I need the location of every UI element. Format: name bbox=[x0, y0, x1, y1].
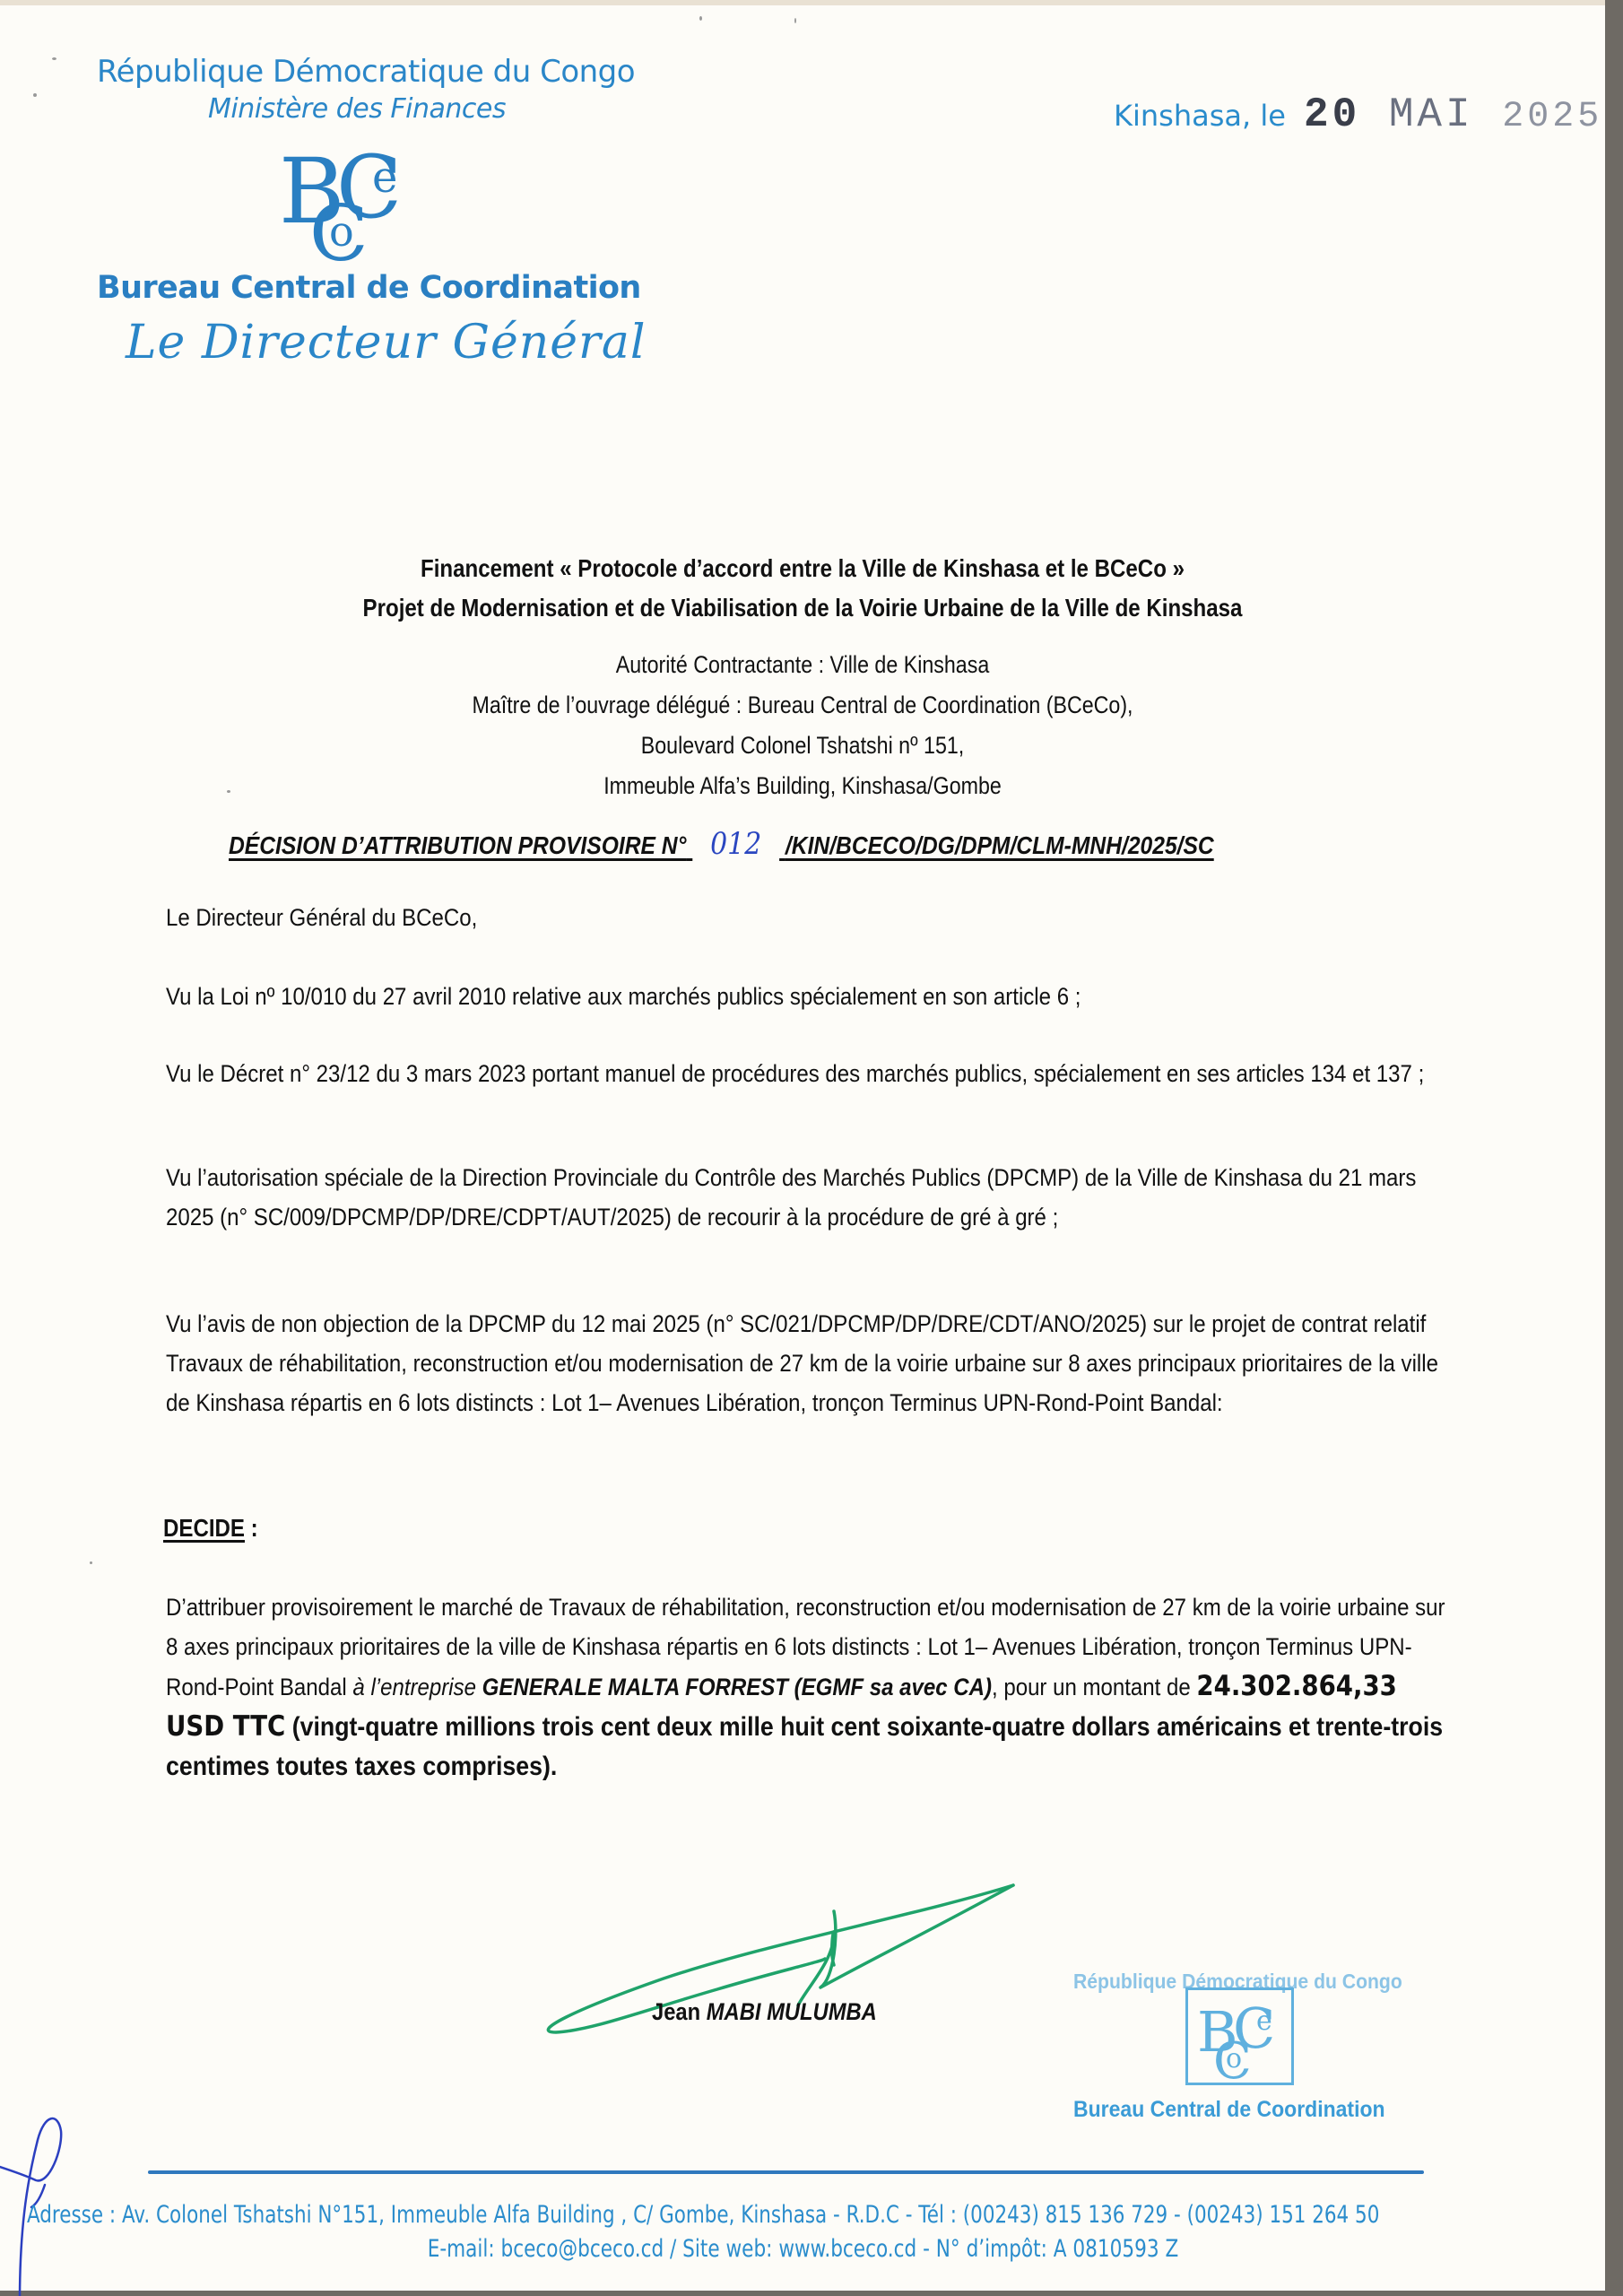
consideration-paragraph: Vu le Décret n° 23/12 du 3 mars 2023 por… bbox=[166, 1054, 1459, 1093]
letterhead-organization: Bureau Central de Coordination bbox=[97, 270, 641, 306]
date-stamp-year: 2025 bbox=[1502, 97, 1602, 137]
svg-text:e: e bbox=[372, 152, 397, 203]
letterhead-ministry: Ministère des Finances bbox=[208, 93, 506, 125]
award-amount-words: (vingt-quatre millions trois cent deux m… bbox=[166, 1712, 1443, 1781]
scan-speck bbox=[699, 16, 702, 21]
footer-contact: E-mail: bceco@bceco.cd / Site web: www.b… bbox=[427, 2235, 1178, 2263]
bceco-logo-icon: B C e C o bbox=[273, 140, 417, 265]
consideration-paragraph: Vu la Loi nº 10/010 du 27 avril 2010 rel… bbox=[166, 977, 1459, 1016]
signer-first-name: Jean bbox=[652, 1998, 707, 2025]
delegated-owner: Maître de l’ouvrage délégué : Bureau Cen… bbox=[112, 691, 1492, 719]
decision-ref-suffix: /KIN/BCECO/DG/DPM/CLM-MNH/2025/SC bbox=[785, 831, 1214, 859]
address-line-2: Immeuble Alfa’s Building, Kinshasa/Gombe bbox=[112, 772, 1492, 800]
project-title: Projet de Modernisation et de Viabilisat… bbox=[112, 594, 1492, 622]
award-paragraph: D’attribuer provisoirement le marché de … bbox=[166, 1587, 1459, 1787]
footer-divider bbox=[148, 2170, 1424, 2174]
letterhead-office: Le Directeur Général bbox=[126, 316, 647, 370]
date-stamp: 20 MAI 2025 bbox=[1304, 91, 1602, 138]
decision-reference: DÉCISION D’ATTRIBUTION PROVISOIRE N° 012… bbox=[229, 826, 1214, 862]
bceco-stamp-logo-icon: B C e C o bbox=[1185, 1987, 1294, 2085]
decision-ref-number: 012 bbox=[692, 826, 779, 862]
seal-organization: Bureau Central de Coordination bbox=[1073, 2097, 1385, 2123]
award-to-company: à l’entreprise bbox=[352, 1674, 482, 1700]
decide-label: DECIDE bbox=[163, 1514, 245, 1542]
date-stamp-day: 20 bbox=[1304, 91, 1360, 138]
margin-initials-icon bbox=[0, 2095, 72, 2296]
svg-text:o: o bbox=[329, 207, 354, 256]
address-line-1: Boulevard Colonel Tshatshi nº 151, bbox=[112, 732, 1492, 760]
scan-speck bbox=[794, 18, 796, 23]
amount-intro: , pour un montant de bbox=[992, 1674, 1196, 1700]
signer-name: Jean MABI MULUMBA bbox=[652, 1998, 877, 2026]
footer-contact-line: E-mail: bceco@bceco.cd / Site web: www.b… bbox=[0, 2235, 1605, 2263]
scan-speck bbox=[90, 1561, 92, 1564]
letterhead-country: République Démocratique du Congo bbox=[97, 54, 635, 90]
decision-ref-prefix: DÉCISION D’ATTRIBUTION PROVISOIRE N° bbox=[229, 831, 686, 859]
svg-text:o: o bbox=[1226, 2043, 1242, 2074]
awarded-company: GENERALE MALTA FORREST (EGMF sa avec CA) bbox=[482, 1674, 992, 1700]
contracting-authority: Autorité Contractante : Ville de Kinshas… bbox=[112, 651, 1492, 679]
scan-speck bbox=[52, 57, 56, 60]
signer-last-name: MABI MULUMBA bbox=[707, 1998, 877, 2025]
scan-speck bbox=[33, 93, 37, 97]
intro-line: Le Directeur Général du BCeCo, bbox=[166, 898, 1459, 937]
decide-heading: DECIDE : bbox=[163, 1514, 258, 1543]
dateline-place: Kinshasa, le bbox=[1114, 99, 1286, 133]
financing-title: Financement « Protocole d’accord entre l… bbox=[112, 554, 1492, 583]
decide-colon: : bbox=[245, 1514, 258, 1542]
document-page: République Démocratique du Congo Ministè… bbox=[0, 0, 1605, 2291]
consideration-paragraph: Vu l’avis de non objection de la DPCMP d… bbox=[166, 1304, 1459, 1422]
footer-address: Adresse : Av. Colonel Tshatshi N°151, Im… bbox=[27, 2201, 1379, 2229]
consideration-paragraph: Vu l’autorisation spéciale de la Directi… bbox=[166, 1158, 1459, 1237]
scan-speck bbox=[227, 790, 230, 793]
date-stamp-month: MAI bbox=[1389, 91, 1474, 138]
svg-text:e: e bbox=[1256, 2005, 1272, 2037]
